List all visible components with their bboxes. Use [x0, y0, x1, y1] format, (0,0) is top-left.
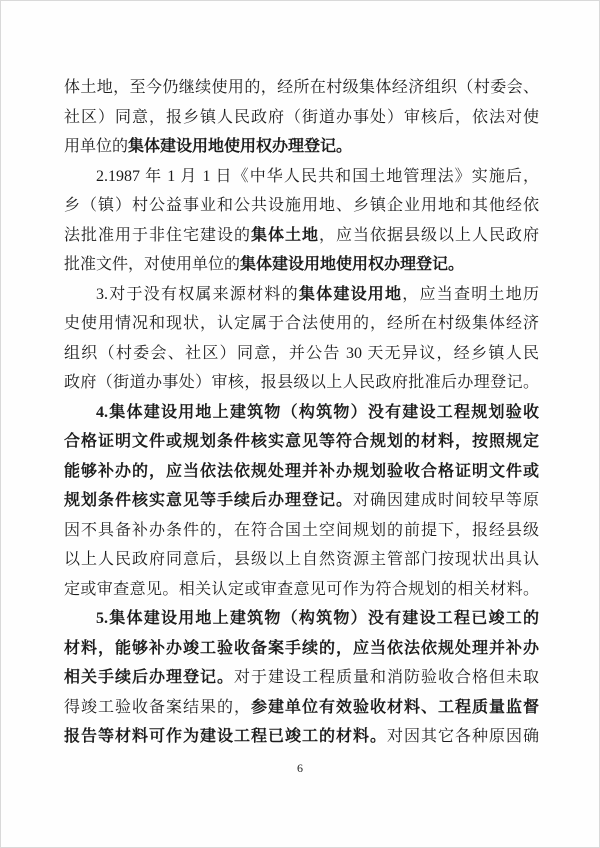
text-run: 以上人民政府同意后，县级以上自然资源主管部门按现状出具认	[64, 551, 539, 568]
bold-text-run: 集体土地	[251, 227, 319, 244]
text-line: 规划条件核实意见等手续后办理登记。对确因建成时间较早等原	[64, 486, 539, 516]
text-line: 组织（村委会、社区）同意，并公告 30 天无异议，经乡镇人民	[64, 339, 539, 369]
text-run: 对确因建成时间较早等原	[353, 492, 539, 509]
text-line: 体土地，至今仍继续使用的，经所在村级集体经济组织（村委会、	[64, 73, 539, 103]
text-run: ，应当依据县级以上人民政府	[319, 227, 539, 244]
text-run: 得竣工验收备案结果的，	[64, 699, 251, 716]
paragraph: 2.1987 年 1 月 1 日《中华人民共和国土地管理法》实施后，乡（镇）村公…	[64, 162, 539, 280]
text-run: 用单位的	[64, 138, 128, 155]
paragraph: 体土地，至今仍继续使用的，经所在村级集体经济组织（村委会、社区）同意，报乡镇人民…	[64, 73, 539, 162]
bold-text-run: 能够补办的，应当依法依规处理并补办规划验收合格证明文件或	[64, 463, 539, 480]
text-line: 4.集体建设用地上建筑物（构筑物）没有建设工程规划验收	[64, 398, 539, 428]
text-run: 因不具备补办条件的，在符合国土空间规划的前提下，报经县级	[64, 522, 539, 539]
text-line: 史使用情况和现状，认定属于合法使用的，经所在村级集体经济	[64, 309, 539, 339]
bold-text-run: 5.集体建设用地上建筑物（构筑物）没有建设工程已竣工的	[96, 610, 539, 627]
paragraph: 4.集体建设用地上建筑物（构筑物）没有建设工程规划验收合格证明文件或规划条件核实…	[64, 398, 539, 605]
text-line: 报告等材料可作为建设工程已竣工的材料。对因其它各种原因确	[64, 722, 539, 752]
text-run: 对于建设工程质量和消防验收合格但未取	[234, 669, 539, 686]
text-run: 定或审查意见。相关认定或审查意见可作为符合规划的相关材料。	[64, 581, 539, 598]
bold-text-run: 集体建设用地使用权办理登记。	[240, 256, 464, 273]
text-line: 5.集体建设用地上建筑物（构筑物）没有建设工程已竣工的	[64, 604, 539, 634]
text-line: 以上人民政府同意后，县级以上自然资源主管部门按现状出具认	[64, 545, 539, 575]
bold-text-run: 合格证明文件或规划条件核实意见等符合规划的材料，按照规定	[64, 433, 539, 450]
text-line: 定或审查意见。相关认定或审查意见可作为符合规划的相关材料。	[64, 575, 539, 605]
bold-text-run: 材料，能够补办竣工验收备案手续的，应当依法依规处理并补办	[64, 640, 539, 657]
text-run: 2.1987 年 1 月 1 日《中华人民共和国土地管理法》实施后，	[96, 168, 539, 185]
bold-text-run: 相关手续后办理登记。	[64, 669, 234, 686]
text-run: 社区）同意，报乡镇人民政府（街道办事处）审核后，依法对使	[64, 109, 539, 126]
paragraph: 5.集体建设用地上建筑物（构筑物）没有建设工程已竣工的材料，能够补办竣工验收备案…	[64, 604, 539, 752]
paragraph: 3.对于没有权属来源材料的集体建设用地，应当查明土地历史使用情况和现状，认定属于…	[64, 280, 539, 398]
text-run: 对因其它各种原因确	[387, 728, 539, 745]
page-number: 6	[1, 761, 599, 775]
text-line: 社区）同意，报乡镇人民政府（街道办事处）审核后，依法对使	[64, 103, 539, 133]
bold-text-run: 集体建设用地使用权办理登记。	[128, 138, 352, 155]
text-line: 相关手续后办理登记。对于建设工程质量和消防验收合格但未取	[64, 663, 539, 693]
text-line: 得竣工验收备案结果的，参建单位有效验收材料、工程质量监督	[64, 693, 539, 723]
text-run: 乡（镇）村公益事业和公共设施用地、乡镇企业用地和其他经依	[64, 197, 539, 214]
text-run: 政府（街道办事处）审核，报县级以上人民政府批准后办理登记。	[64, 374, 539, 391]
text-line: 用单位的集体建设用地使用权办理登记。	[64, 132, 539, 162]
text-run: 史使用情况和现状，认定属于合法使用的，经所在村级集体经济	[64, 315, 539, 332]
text-line: 2.1987 年 1 月 1 日《中华人民共和国土地管理法》实施后，	[64, 162, 539, 192]
text-line: 因不具备补办条件的，在符合国土空间规划的前提下，报经县级	[64, 516, 539, 546]
text-line: 政府（街道办事处）审核，报县级以上人民政府批准后办理登记。	[64, 368, 539, 398]
bold-text-run: 集体建设用地	[299, 286, 402, 303]
text-run: ，应当查明土地历	[402, 286, 539, 303]
text-run: 体土地，至今仍继续使用的，经所在村级集体经济组织（村委会、	[64, 79, 539, 96]
scanned-document-page: 体土地，至今仍继续使用的，经所在村级集体经济组织（村委会、社区）同意，报乡镇人民…	[0, 0, 600, 848]
bold-text-run: 规划条件核实意见等手续后办理登记。	[64, 492, 353, 509]
text-line: 批准文件，对使用单位的集体建设用地使用权办理登记。	[64, 250, 539, 280]
bold-text-run: 4.集体建设用地上建筑物（构筑物）没有建设工程规划验收	[96, 404, 539, 421]
text-line: 能够补办的，应当依法依规处理并补办规划验收合格证明文件或	[64, 457, 539, 487]
text-run: 组织（村委会、社区）同意，并公告 30 天无异议，经乡镇人民	[64, 345, 539, 362]
text-line: 法批准用于非住宅建设的集体土地，应当依据县级以上人民政府	[64, 221, 539, 251]
document-body: 体土地，至今仍继续使用的，经所在村级集体经济组织（村委会、社区）同意，报乡镇人民…	[64, 73, 539, 752]
text-line: 乡（镇）村公益事业和公共设施用地、乡镇企业用地和其他经依	[64, 191, 539, 221]
text-line: 合格证明文件或规划条件核实意见等符合规划的材料，按照规定	[64, 427, 539, 457]
bold-text-run: 参建单位有效验收材料、工程质量监督	[251, 699, 539, 716]
text-run: 批准文件，对使用单位的	[64, 256, 240, 273]
text-run: 3.对于没有权属来源材料的	[96, 286, 299, 303]
text-line: 材料，能够补办竣工验收备案手续的，应当依法依规处理并补办	[64, 634, 539, 664]
text-run: 法批准用于非住宅建设的	[64, 227, 251, 244]
bold-text-run: 报告等材料可作为建设工程已竣工的材料。	[64, 728, 387, 745]
text-line: 3.对于没有权属来源材料的集体建设用地，应当查明土地历	[64, 280, 539, 310]
